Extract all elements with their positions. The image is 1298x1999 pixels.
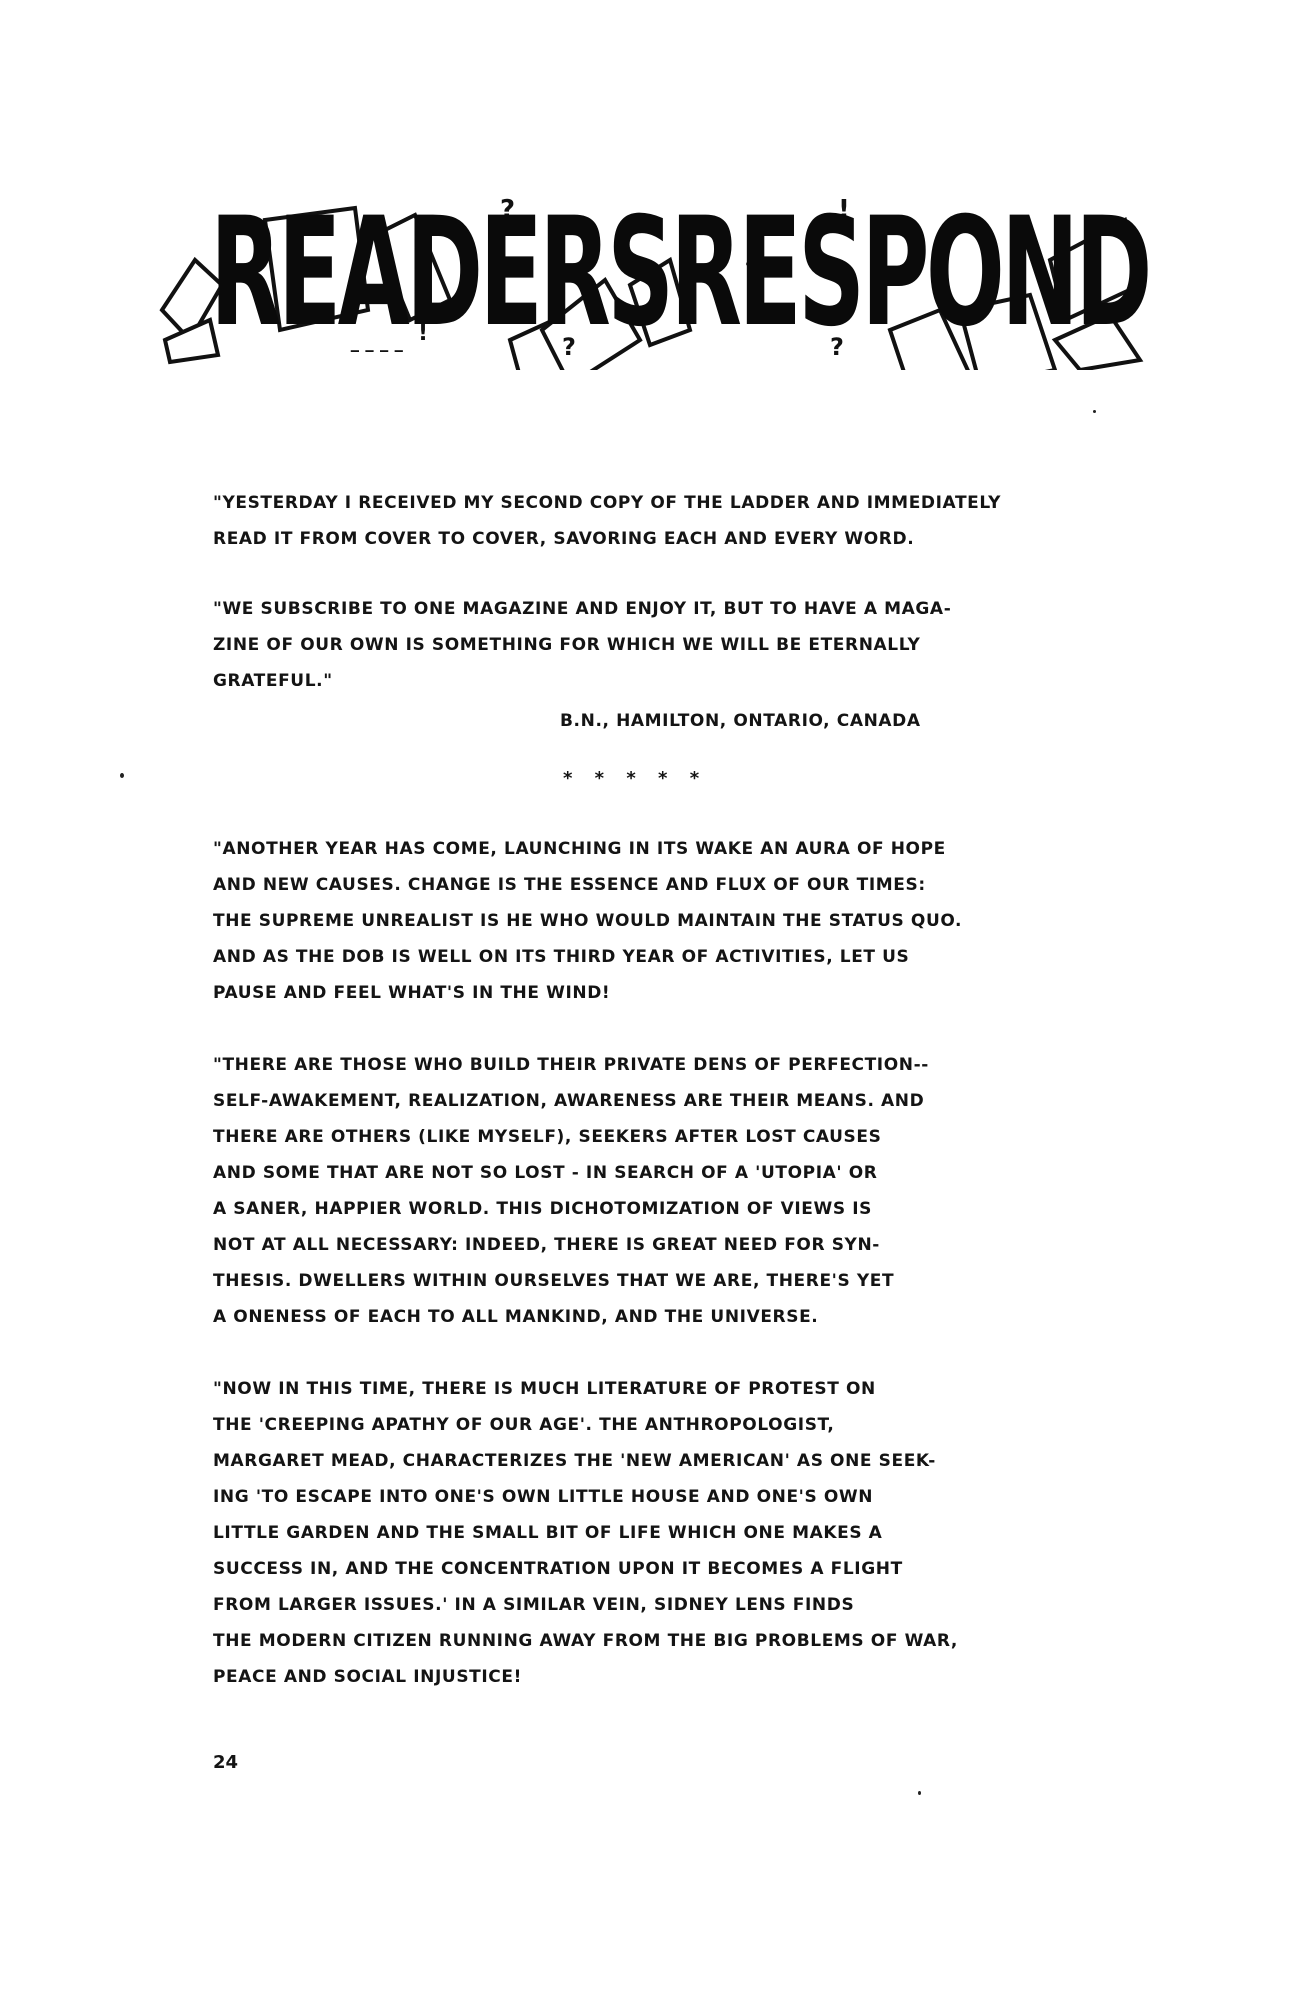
text-line: and new causes. Change is the essence an… xyxy=(213,867,1093,903)
text-line: a oneness of each to all mankind, and th… xyxy=(213,1299,1093,1335)
text-line: grateful." xyxy=(213,663,1093,699)
letter-1-paragraph-1: "Yesterday I received my second copy of … xyxy=(213,485,1093,557)
letter-2-paragraph-1: "Another year has come, launching in its… xyxy=(213,831,1093,1011)
text-line: the modern citizen running away from the… xyxy=(213,1623,1093,1659)
letter-1-paragraph-2: "We subscribe to ONE Magazine and enjoy … xyxy=(213,591,1093,699)
text-line: there are others (like myself), seekers … xyxy=(213,1119,1093,1155)
text-line: pause and feel what's in the wind! xyxy=(213,975,1093,1011)
scan-speck xyxy=(918,1791,921,1795)
letter-2-paragraph-3: "Now in this time, there is much literat… xyxy=(213,1371,1093,1695)
text-line: "We subscribe to ONE Magazine and enjoy … xyxy=(213,591,1093,627)
text-line: read it from cover to cover, savoring ea… xyxy=(213,521,1093,557)
text-line: little garden and the small bit of life … xyxy=(213,1515,1093,1551)
text-line: success in, and the concentration upon i… xyxy=(213,1551,1093,1587)
masthead: ? ! ‒ ‒ ‒ ‒ ? ! ? ? READERS RESPOND xyxy=(150,190,1150,370)
scan-speck xyxy=(1093,410,1096,413)
text-line: peace and social injustice! xyxy=(213,1659,1093,1695)
text-line: "There are those who build their private… xyxy=(213,1047,1093,1083)
text-line: "Yesterday I received my second copy of … xyxy=(213,485,1093,521)
text-line: zine of our own is something for which w… xyxy=(213,627,1093,663)
masthead-title: READERS RESPOND xyxy=(210,208,1090,338)
text-line: thesis. Dwellers within ourselves that w… xyxy=(213,1263,1093,1299)
text-line: the 'creeping apathy of our age'. The an… xyxy=(213,1407,1093,1443)
letters-column: "Yesterday I received my second copy of … xyxy=(213,485,1093,1695)
text-line: self-awakement, realization, awareness a… xyxy=(213,1083,1093,1119)
text-line: Margaret Mead, characterizes the 'New Am… xyxy=(213,1443,1093,1479)
masthead-word-readers: READERS xyxy=(210,208,670,338)
letter-2-paragraph-2: "There are those who build their private… xyxy=(213,1047,1093,1335)
text-line: "Another year has come, launching in its… xyxy=(213,831,1093,867)
text-line: "Now in this time, there is much literat… xyxy=(213,1371,1093,1407)
text-line: ing 'to escape into one's own little hou… xyxy=(213,1479,1093,1515)
masthead-word-respond: RESPOND xyxy=(670,208,1148,338)
text-line: And as the DOB is well on its third year… xyxy=(213,939,1093,975)
letter-1-signature: B.N., Hamilton, Ontario, Canada xyxy=(213,703,1093,739)
text-line: The supreme unrealist is he who would ma… xyxy=(213,903,1093,939)
section-separator: * * * * * xyxy=(213,761,1093,797)
page-number: 24 xyxy=(213,1752,238,1773)
scan-speck xyxy=(120,773,124,778)
text-line: not at all necessary: Indeed, there is g… xyxy=(213,1227,1093,1263)
text-line: and some that are not so lost - in searc… xyxy=(213,1155,1093,1191)
text-line: a saner, happier world. This dichotomiza… xyxy=(213,1191,1093,1227)
text-line: from larger issues.' In a similar vein, … xyxy=(213,1587,1093,1623)
